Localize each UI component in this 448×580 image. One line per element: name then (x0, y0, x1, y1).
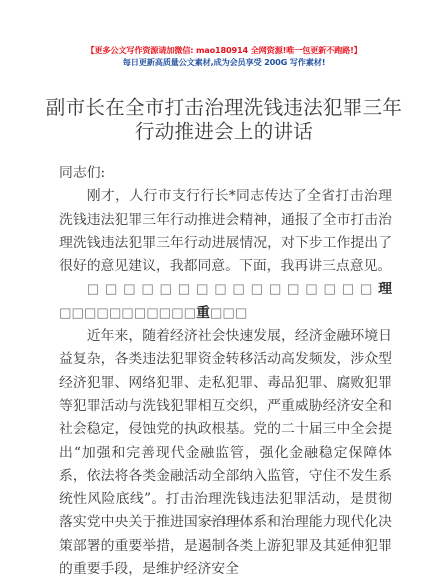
banner-promo-line: 【更多公文写作资源请加微信: mao180914 全网资源!唯一包更新不跑路!】 (0, 44, 448, 56)
paragraph-intro: 刚才，人行市支行行长*同志传达了全省打击治理洗钱违法犯罪三年行动推进会精神，通报… (59, 185, 392, 278)
heading-char: 理 (378, 281, 392, 297)
document-title: 副市长在全市打击治理洗钱违法犯罪三年行动推进会上的讲话 (40, 96, 408, 144)
salutation: 同志们: (59, 162, 392, 185)
heading-char: 重 (196, 305, 210, 321)
banner-subtitle-line: 每日更新高质量公文素材,成为会员享受 200G 写作素材! (0, 56, 448, 68)
missing-glyph-boxes: □□□ (210, 306, 247, 321)
page-number: — 1 — (0, 514, 448, 527)
header-banner: 【更多公文写作资源请加微信: mao180914 全网资源!唯一包更新不跑路!】… (0, 44, 448, 68)
missing-glyph-boxes: □□□□□□□□□□□ (59, 306, 196, 321)
paragraph-body: 近年来，随着经济社会快速发展，经济金融环境日益复杂，各类违法犯罪资金转移活动高发… (59, 325, 392, 580)
section-heading-garbled: □□□□□□□□□□□□□□□□理□□□□□□□□□□□重□□□ (59, 278, 392, 325)
missing-glyph-boxes: □□□□□□□□□□□□□□□□ (87, 282, 378, 297)
